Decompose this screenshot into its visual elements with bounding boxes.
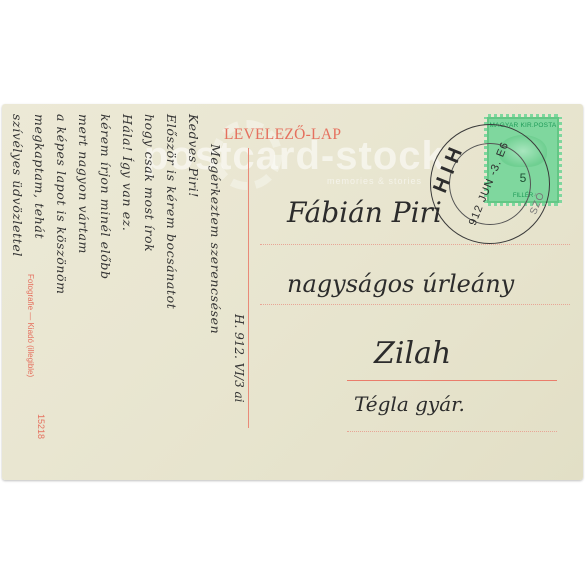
message-line: Hála! Így van ez.	[120, 114, 135, 474]
recipient-title: nagyságos úrleány	[287, 270, 514, 298]
message-line: szívélyes üdvözlettel	[10, 114, 25, 474]
address-line	[347, 431, 557, 432]
message-line: hogy csak most írok	[142, 114, 157, 474]
message-line: mert nagyon vártam	[76, 114, 91, 474]
watermark-subtext: memories & stories	[327, 176, 422, 186]
message-line: a képes lapot is köszönöm	[54, 114, 69, 474]
message-line: Először is kérem bocsánatot	[164, 114, 179, 474]
address-line	[260, 244, 570, 245]
message-line: Kedves Piri!	[186, 114, 201, 474]
message-line: Megérkeztem szerencsésen	[208, 144, 223, 480]
serial-number: 15218	[36, 414, 46, 439]
printer-imprint: Fotografie — Kiadó (illegible)	[26, 274, 35, 377]
date-note: H. 912. VI/3 ai	[232, 314, 246, 403]
recipient-street: Tégla gyár.	[354, 392, 465, 416]
recipient-name: Fábián Piri	[287, 196, 442, 229]
address-line	[260, 304, 570, 305]
postcard: postcard-stock memories & stories szívél…	[2, 104, 583, 480]
address-line-city	[347, 380, 557, 381]
recipient-city: Zilah	[374, 336, 451, 371]
divider-line	[248, 148, 249, 428]
header-title: LEVELEZŐ-LAP	[224, 126, 341, 144]
message-line: kérem írjon minél előbb	[98, 114, 113, 474]
